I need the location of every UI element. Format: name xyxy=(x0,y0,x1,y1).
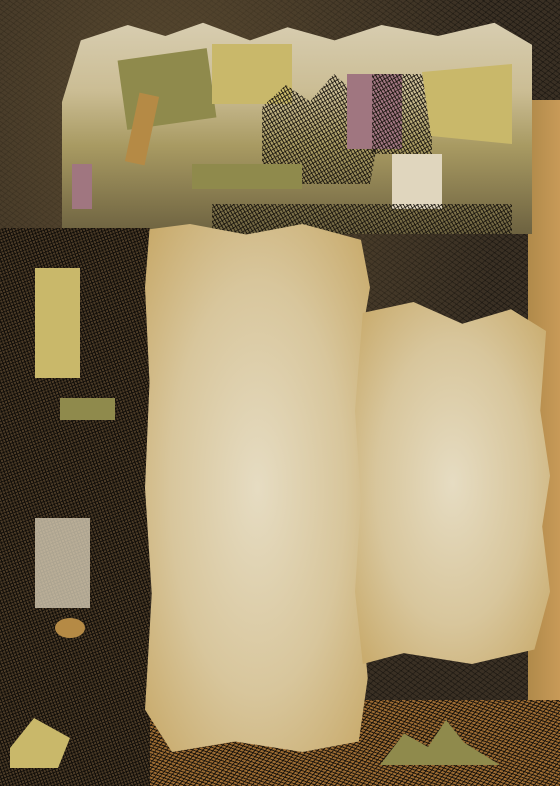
hatched-head-shape xyxy=(372,74,432,154)
totem-band-olive xyxy=(60,398,115,420)
mauve-block-shape xyxy=(72,164,92,209)
hatched-road-band xyxy=(212,204,512,234)
olive-building-shape xyxy=(118,48,217,130)
totem-ochre-disc xyxy=(55,618,85,638)
olive-ground-strip xyxy=(192,164,302,189)
right-text-parchment xyxy=(355,302,550,664)
artwork-canvas xyxy=(0,0,560,786)
totem-base-shape xyxy=(10,718,70,768)
totem-figure-upper xyxy=(35,268,80,378)
bottom-olive-figures xyxy=(380,720,500,765)
top-illustration-scene xyxy=(62,14,532,234)
cream-house-shape xyxy=(392,154,442,209)
yellow-banner-shape xyxy=(422,64,512,144)
left-hatched-totem-panel xyxy=(0,228,150,786)
totem-figure-middle xyxy=(35,518,90,608)
left-text-parchment xyxy=(145,224,370,752)
